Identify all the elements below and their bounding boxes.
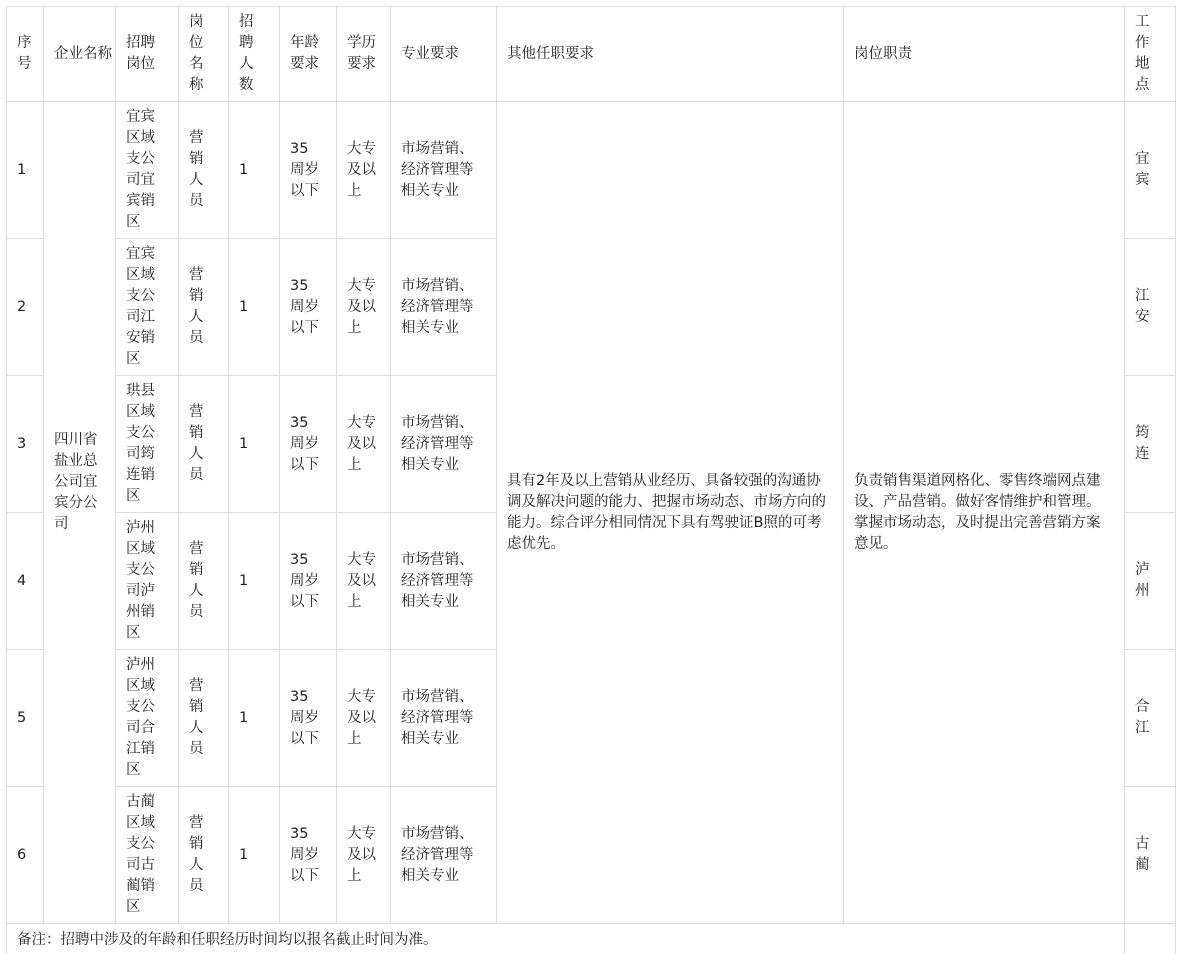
header-no: 序号 xyxy=(7,7,44,102)
header-other-requirements: 其他任职要求 xyxy=(497,7,844,102)
cell-company: 四川省盐业总公司宜宾分公司 xyxy=(44,102,116,924)
cell-education: 大专及以上 xyxy=(337,239,391,376)
cell-education: 大专及以上 xyxy=(337,513,391,650)
cell-count: 1 xyxy=(229,787,280,924)
cell-major: 市场营销、经济管理等相关专业 xyxy=(391,376,497,513)
cell-post: 泸州区域支公司合江销区 xyxy=(116,650,179,787)
cell-location: 泸州 xyxy=(1125,513,1176,650)
note-text: 备注：招聘中涉及的年龄和任职经历时间均以报名截止时间为准。 xyxy=(7,924,1125,954)
cell-post-name: 营销人员 xyxy=(179,787,229,924)
cell-age: 35周岁以下 xyxy=(280,239,337,376)
cell-major: 市场营销、经济管理等相关专业 xyxy=(391,650,497,787)
recruitment-table: 序号 企业名称 招聘岗位 岗位名称 招聘人数 年龄要求 学历要求 专业要求 其他… xyxy=(6,6,1176,954)
header-major: 专业要求 xyxy=(391,7,497,102)
cell-age: 35周岁以下 xyxy=(280,102,337,239)
cell-location: 合江 xyxy=(1125,650,1176,787)
cell-no: 4 xyxy=(7,513,44,650)
table-row: 1 四川省盐业总公司宜宾分公司 宜宾区域支公司宜宾销区 营销人员 1 35周岁以… xyxy=(7,102,1176,239)
cell-post-name: 营销人员 xyxy=(179,376,229,513)
cell-major: 市场营销、经济管理等相关专业 xyxy=(391,513,497,650)
header-post: 招聘岗位 xyxy=(116,7,179,102)
cell-education: 大专及以上 xyxy=(337,787,391,924)
header-duties: 岗位职责 xyxy=(844,7,1125,102)
header-education: 学历要求 xyxy=(337,7,391,102)
cell-no: 1 xyxy=(7,102,44,239)
header-count: 招聘人数 xyxy=(229,7,280,102)
cell-location: 筠连 xyxy=(1125,376,1176,513)
cell-no: 6 xyxy=(7,787,44,924)
cell-education: 大专及以上 xyxy=(337,376,391,513)
cell-no: 2 xyxy=(7,239,44,376)
cell-location: 江安 xyxy=(1125,239,1176,376)
cell-post-name: 营销人员 xyxy=(179,650,229,787)
cell-other-requirements: 具有2年及以上营销从业经历、具备较强的沟通协调及解决问题的能力、把握市场动态、市… xyxy=(497,102,844,924)
cell-major: 市场营销、经济管理等相关专业 xyxy=(391,787,497,924)
header-row: 序号 企业名称 招聘岗位 岗位名称 招聘人数 年龄要求 学历要求 专业要求 其他… xyxy=(7,7,1176,102)
cell-count: 1 xyxy=(229,650,280,787)
cell-location: 古蔺 xyxy=(1125,787,1176,924)
header-company: 企业名称 xyxy=(44,7,116,102)
cell-post-name: 营销人员 xyxy=(179,239,229,376)
cell-no: 3 xyxy=(7,376,44,513)
note-row: 备注：招聘中涉及的年龄和任职经历时间均以报名截止时间为准。 xyxy=(7,924,1176,954)
cell-post: 泸州区域支公司泸州销区 xyxy=(116,513,179,650)
header-age: 年龄要求 xyxy=(280,7,337,102)
cell-post-name: 营销人员 xyxy=(179,513,229,650)
cell-major: 市场营销、经济管理等相关专业 xyxy=(391,102,497,239)
cell-age: 35周岁以下 xyxy=(280,787,337,924)
note-empty-cell xyxy=(1125,924,1176,954)
cell-age: 35周岁以下 xyxy=(280,513,337,650)
cell-post: 古蔺区域支公司古蔺销区 xyxy=(116,787,179,924)
cell-education: 大专及以上 xyxy=(337,102,391,239)
header-post-name: 岗位名称 xyxy=(179,7,229,102)
header-location: 工作地点 xyxy=(1125,7,1176,102)
cell-count: 1 xyxy=(229,513,280,650)
cell-location: 宜宾 xyxy=(1125,102,1176,239)
cell-age: 35周岁以下 xyxy=(280,376,337,513)
cell-post: 珙县区域支公司筠连销区 xyxy=(116,376,179,513)
cell-major: 市场营销、经济管理等相关专业 xyxy=(391,239,497,376)
cell-count: 1 xyxy=(229,239,280,376)
cell-count: 1 xyxy=(229,376,280,513)
cell-age: 35周岁以下 xyxy=(280,650,337,787)
cell-post: 宜宾区域支公司江安销区 xyxy=(116,239,179,376)
cell-post-name: 营销人员 xyxy=(179,102,229,239)
cell-count: 1 xyxy=(229,102,280,239)
cell-education: 大专及以上 xyxy=(337,650,391,787)
cell-post: 宜宾区域支公司宜宾销区 xyxy=(116,102,179,239)
cell-no: 5 xyxy=(7,650,44,787)
cell-duties: 负责销售渠道网格化、零售终端网点建设、产品营销。做好客情维护和管理。掌握市场动态… xyxy=(844,102,1125,924)
